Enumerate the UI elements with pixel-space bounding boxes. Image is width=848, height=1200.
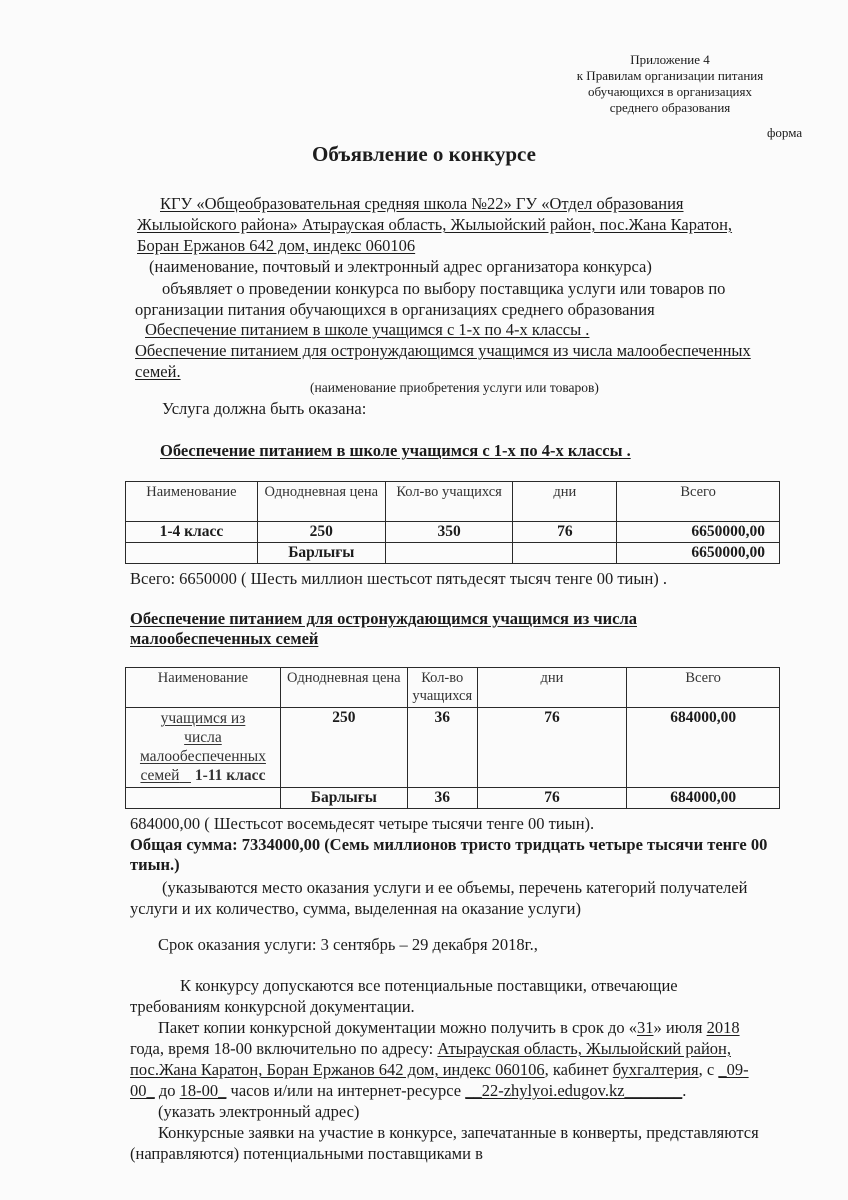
cell-qty: 36 xyxy=(407,708,477,788)
table-total-row: Барлығы 36 76 684000,00 xyxy=(126,788,780,809)
cell-grand: 684000,00 xyxy=(627,788,780,809)
submission-line-1: Конкурсные заявки на участие в конкурсе,… xyxy=(158,1122,759,1143)
admission-line-2: требованиям конкурсной документации. xyxy=(130,996,415,1017)
cell-grand: 6650000,00 xyxy=(617,543,780,564)
cell-qty-total: 36 xyxy=(407,788,477,809)
section1-total-text: Всего: 6650000 ( Шесть миллион шестьсот … xyxy=(130,568,667,589)
header-cell: Кол-во учащихся xyxy=(385,482,513,522)
appendix-reference: Приложение 4 к Правилам организации пита… xyxy=(560,52,780,116)
cell-empty xyxy=(126,788,281,809)
section1-heading: Обеспечение питанием в школе учащимся с … xyxy=(160,440,631,461)
cell-name: учащимся из числа малообеспеченных семей… xyxy=(126,708,281,788)
purchase-caption: (наименование приобретения услуги или то… xyxy=(310,380,599,396)
cell-price: 250 xyxy=(257,522,385,543)
table-total-row: Барлығы 6650000,00 xyxy=(126,543,780,564)
package-line-1: Пакет копии конкурсной документации можн… xyxy=(158,1017,740,1038)
purchase-line-2: Обеспечение питанием для остронуждающимс… xyxy=(135,340,751,361)
announce-line-1: объявляет о проведении конкурса по выбор… xyxy=(162,278,725,299)
scope-caption-line-2: услуги и их количество, сумма, выделенна… xyxy=(130,898,581,919)
header-cell: Наименование xyxy=(126,668,281,708)
website-link: __22-zhylyoi.edugov.kz_______ xyxy=(465,1081,682,1100)
organizer-line-3: Боран Ержанов 642 дом, индекс 060106 xyxy=(137,235,415,256)
form-label: форма xyxy=(767,125,802,141)
header-cell: дни xyxy=(513,482,617,522)
cell-empty xyxy=(126,543,258,564)
cell-total-label: Барлығы xyxy=(257,543,385,564)
cell-total: 684000,00 xyxy=(627,708,780,788)
header-cell: Однодневная цена xyxy=(257,482,385,522)
package-line-3: пос.Жана Каратон, Боран Ержанов 642 дом,… xyxy=(130,1059,749,1080)
header-cell: Наименование xyxy=(126,482,258,522)
purchase-line-3: семей. xyxy=(135,361,181,382)
cell-name: 1-4 класс xyxy=(126,522,258,543)
service-term: Срок оказания услуги: 3 сентябрь – 29 де… xyxy=(158,934,538,955)
grand-total-line-1: Общая сумма: 7334000,00 (Семь миллионов … xyxy=(130,834,767,855)
cell-days: 76 xyxy=(477,708,627,788)
scope-caption-line-1: (указываются место оказания услуги и ее … xyxy=(162,877,747,898)
header-cell: Всего xyxy=(617,482,780,522)
cell-empty xyxy=(385,543,513,564)
section2-total-text: 684000,00 ( Шестьсот восемьдесят четыре … xyxy=(130,813,594,834)
appendix-line: к Правилам организации питания xyxy=(560,68,780,84)
cell-empty xyxy=(513,543,617,564)
section2-table: Наименование Однодневная цена Кол-во уча… xyxy=(125,667,780,809)
cell-total: 6650000,00 xyxy=(617,522,780,543)
header-cell: Однодневная цена xyxy=(280,668,407,708)
organizer-caption: (наименование, почтовый и электронный ад… xyxy=(149,256,652,277)
announce-line-2: организации питания обучающихся в органи… xyxy=(135,299,655,320)
table-header-row: Наименование Однодневная цена Кол-во уча… xyxy=(126,668,780,708)
cell-days: 76 xyxy=(513,522,617,543)
cell-qty: 350 xyxy=(385,522,513,543)
package-line-2: года, время 18-00 включительно по адресу… xyxy=(130,1038,731,1059)
organizer-line-2: Жылыойского района» Атырауская область, … xyxy=(137,214,732,235)
header-cell: Кол-во учащихся xyxy=(407,668,477,708)
section2-heading-line-2: малообеспеченных семей xyxy=(130,628,318,649)
service-intro: Услуга должна быть оказана: xyxy=(162,398,366,419)
submission-line-2: (направляются) потенциальными поставщика… xyxy=(130,1143,483,1164)
table-row: учащимся из числа малообеспеченных семей… xyxy=(126,708,780,788)
cell-days-total: 76 xyxy=(477,788,627,809)
cell-total-label: Барлығы xyxy=(280,788,407,809)
table-row: 1-4 класс 250 350 76 6650000,00 xyxy=(126,522,780,543)
cell-price: 250 xyxy=(280,708,407,788)
header-cell: дни xyxy=(477,668,627,708)
section1-table: Наименование Однодневная цена Кол-во уча… xyxy=(125,481,780,564)
package-line-4: 00_ до 18-00_ часов и/или на интернет-ре… xyxy=(130,1080,686,1101)
email-caption: (указать электронный адрес) xyxy=(158,1101,359,1122)
document-title: Объявление о конкурсе xyxy=(0,142,848,167)
appendix-line: Приложение 4 xyxy=(560,52,780,68)
appendix-line: среднего образования xyxy=(560,100,780,116)
appendix-line: обучающихся в организациях xyxy=(560,84,780,100)
purchase-line-1: Обеспечение питанием в школе учащимся с … xyxy=(145,319,589,340)
admission-line-1: К конкурсу допускаются все потенциальные… xyxy=(180,975,678,996)
grand-total-line-2: тиын.) xyxy=(130,854,180,875)
table-header-row: Наименование Однодневная цена Кол-во уча… xyxy=(126,482,780,522)
organizer-line-1: КГУ «Общеобразовательная средняя школа №… xyxy=(160,193,684,214)
header-cell: Всего xyxy=(627,668,780,708)
section2-heading-line-1: Обеспечение питанием для остронуждающимс… xyxy=(130,608,637,629)
